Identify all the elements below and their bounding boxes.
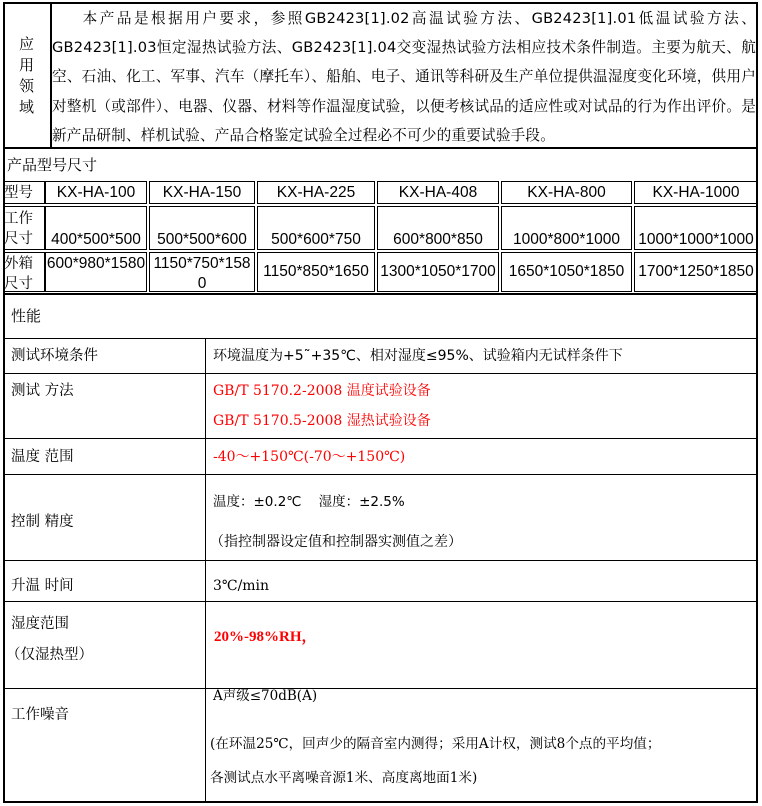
- perf-label-humidity-range: 湿度范围: [11, 614, 69, 634]
- model-name-cell: KX-HA-225: [257, 181, 375, 204]
- outer-size-value: 1300*1050*1700: [378, 253, 498, 291]
- perf-label-test-environment: 测试环境条件: [11, 346, 98, 366]
- work-size-value: 500*600*750: [258, 207, 374, 251]
- work-size-value: 1000*1000*1000: [635, 207, 757, 251]
- row-divider: [3, 338, 758, 339]
- model-name: KX-HA-800: [502, 182, 631, 203]
- model-name-cell: KX-HA-800: [501, 181, 632, 204]
- outer-size-value: 1150*850*1650: [258, 253, 374, 291]
- application-field-label: 应 用 领 域: [3, 3, 50, 148]
- application-field-text: 本产品是根据用户要求，参照GB2423[1].02高温试验方法、GB2423[1…: [52, 4, 756, 150]
- perf-value-test-method-2: GB/T 5170.5-2008 湿热试验设备: [213, 411, 431, 431]
- perf-label-humidity-range-note: （仅湿热型）: [6, 645, 93, 665]
- outer-size-cell: 600*980*1580: [45, 252, 147, 292]
- intro-paragraph: 本产品是根据用户要求，参照GB2423[1].02高温试验方法、GB2423[1…: [52, 4, 756, 150]
- frame-right-border: [756, 2, 758, 803]
- row-divider: [3, 688, 758, 689]
- outer-size-cell: 1650*1050*1850: [501, 252, 632, 292]
- label-char: 用: [19, 55, 34, 76]
- perf-value-control-accuracy: 温度：±0.2℃ 湿度：±2.5%: [213, 492, 405, 512]
- perf-value-control-accuracy-note: （指控制器设定值和控制器实测值之差）: [210, 532, 462, 552]
- perf-label-heating-time: 升温 时间: [11, 576, 74, 596]
- models-section-title: 产品型号尺寸: [7, 155, 97, 175]
- model-name: KX-HA-100: [46, 182, 146, 203]
- row-label-text: 外箱尺寸: [3, 253, 44, 294]
- label-char: 域: [19, 97, 34, 118]
- work-size-value: 400*500*500: [46, 207, 146, 251]
- work-size-cell: 400*500*500: [45, 206, 147, 250]
- outer-size-cell: 1150*750*1580: [149, 252, 255, 292]
- work-size-cell: 500*500*600: [149, 206, 255, 250]
- work-size-value: 500*500*600: [150, 207, 254, 251]
- outer-size-value: 1700*1250*1850: [635, 253, 757, 291]
- perf-label-temperature-range: 温度 范围: [11, 447, 74, 467]
- outer-size-cell: 1300*1050*1700: [377, 252, 499, 292]
- column-divider: [205, 338, 206, 802]
- row-label-text: 工作尺寸: [3, 207, 44, 249]
- perf-value-noise-condition-1: (在环温25℃，回声少的隔音室内测得；采用A计权，测试8个点的平均值；: [210, 734, 661, 754]
- frame-bottom-border: [3, 801, 758, 803]
- label-char: 领: [19, 76, 34, 97]
- work-size-cell: 500*600*750: [257, 206, 375, 250]
- model-name-cell: KX-HA-150: [149, 181, 255, 204]
- label-char: 应: [19, 34, 34, 55]
- row-divider: [3, 560, 758, 561]
- model-name: KX-HA-150: [150, 182, 254, 203]
- row-label-text: 型号: [3, 182, 44, 203]
- perf-label-test-method: 测试 方法: [11, 381, 74, 401]
- model-size-table: 型号 KX-HA-100 KX-HA-150 KX-HA-225 KX-HA-4…: [3, 181, 758, 293]
- performance-section-title: 性能: [11, 306, 41, 326]
- model-name-cell: KX-HA-1000: [634, 181, 758, 204]
- work-size-cell: 1000*800*1000: [501, 206, 632, 250]
- model-name: KX-HA-225: [258, 182, 374, 203]
- model-name-cell: KX-HA-408: [377, 181, 499, 204]
- outer-size-value: 600*980*1580: [46, 253, 146, 274]
- model-name: KX-HA-408: [378, 182, 498, 203]
- work-size-value: 600*800*850: [378, 207, 498, 251]
- model-name-cell: KX-HA-100: [45, 181, 147, 204]
- work-size-cell: 1000*1000*1000: [634, 206, 758, 250]
- performance-top-border: [3, 293, 758, 295]
- perf-label-working-noise: 工作噪音: [11, 705, 69, 725]
- outer-size-value: 1150*750*1580: [150, 253, 254, 294]
- row-divider: [3, 474, 758, 475]
- row-divider: [3, 438, 758, 439]
- row-label-work-size: 工作尺寸: [3, 206, 45, 250]
- work-size-cell: 600*800*850: [377, 206, 499, 250]
- perf-value-noise-condition-2: 各测试点水平离噪音源1米、高度离地面1米): [210, 768, 477, 788]
- perf-value-temperature-range: -40～+150℃(-70～+150℃): [213, 447, 405, 467]
- row-divider: [3, 601, 758, 602]
- outer-size-cell: 1700*1250*1850: [634, 252, 758, 292]
- row-label-model: 型号: [3, 181, 45, 204]
- spec-document: 应 用 领 域 本产品是根据用户要求，参照GB2423[1].02高温试验方法、…: [0, 0, 762, 806]
- perf-value-humidity-range: 20%-98%RH，: [214, 627, 317, 647]
- perf-value-heating-time: 3℃/min: [213, 576, 269, 596]
- perf-label-control-accuracy: 控制 精度: [11, 512, 74, 532]
- row-divider: [3, 373, 758, 374]
- model-name: KX-HA-1000: [635, 182, 757, 203]
- perf-value-noise-level: A声级≤70dB(A): [213, 686, 317, 706]
- work-size-value: 1000*800*1000: [502, 207, 631, 251]
- perf-value-test-method-1: GB/T 5170.2-2008 温度试验设备: [213, 381, 431, 401]
- outer-size-cell: 1150*850*1650: [257, 252, 375, 292]
- outer-size-value: 1650*1050*1850: [502, 253, 631, 291]
- row-label-outer-size: 外箱尺寸: [3, 252, 45, 292]
- perf-value-test-environment: 环境温度为+5˜+35℃、相对湿度≤95%、试验箱内无试样条件下: [213, 346, 623, 366]
